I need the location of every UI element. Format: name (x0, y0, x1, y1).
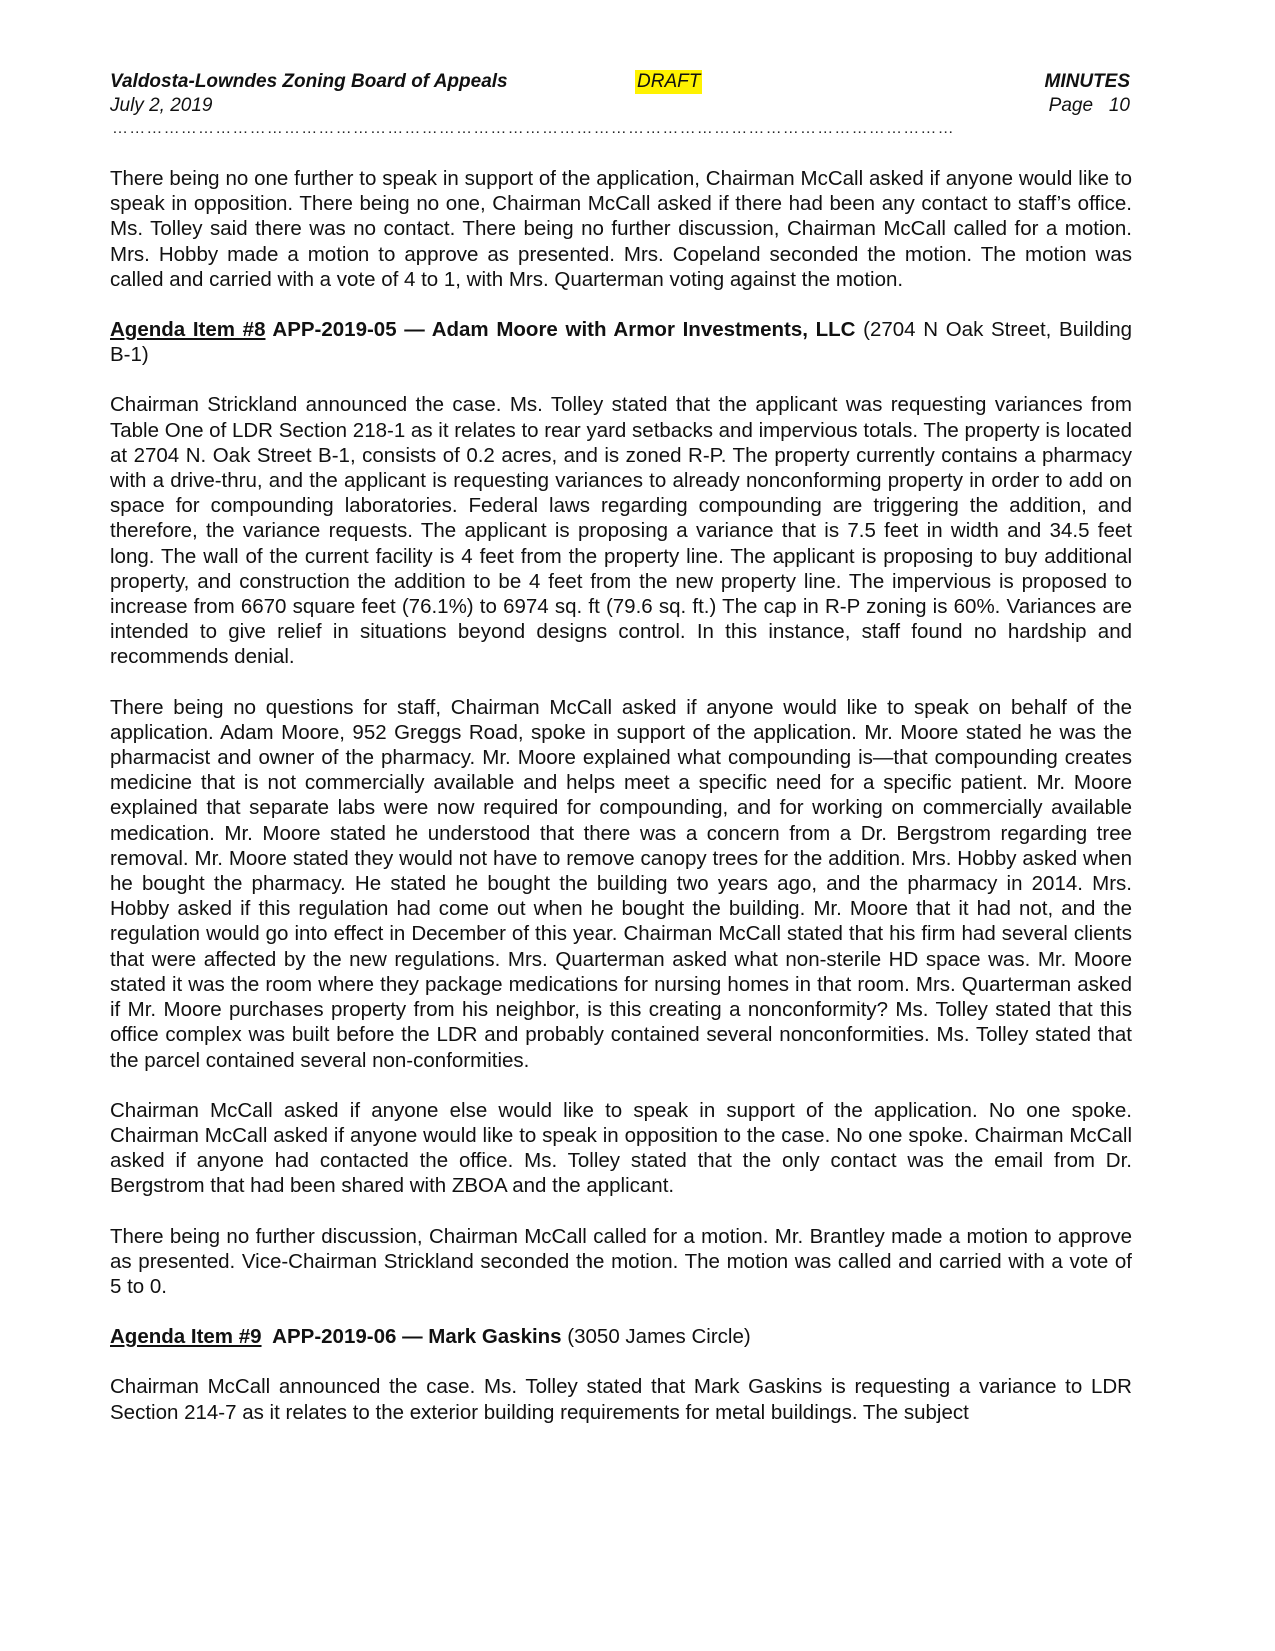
minutes-body: There being no one further to speak in s… (110, 166, 1132, 1450)
agenda-item-9-label: Agenda Item #9 (110, 1325, 262, 1348)
paragraph-applicant-testimony: There being no questions for staff, Chai… (110, 695, 1132, 1073)
agenda-item-9-title: APP-2019-06 — Mark Gaskins (262, 1325, 562, 1348)
page-header: Valdosta-Lowndes Zoning Board of Appeals… (110, 70, 1130, 118)
paragraph-public-comment: Chairman McCall asked if anyone else wou… (110, 1098, 1132, 1199)
header-row-top: Valdosta-Lowndes Zoning Board of Appeals… (110, 70, 1130, 94)
header-separator: …………………………………………………………………………………………………………… (112, 120, 1112, 140)
paragraph-motion-vote: There being no further discussion, Chair… (110, 1224, 1132, 1300)
meeting-date: July 2, 2019 (110, 94, 212, 118)
agenda-item-8-label: Agenda Item #8 (110, 318, 265, 341)
agenda-item-8-title: APP-2019-05 — Adam Moore with Armor Inve… (265, 318, 855, 341)
document-page: Valdosta-Lowndes Zoning Board of Appeals… (0, 0, 1275, 1651)
paragraph-previous-item-motion: There being no one further to speak in s… (110, 166, 1132, 292)
document-type: MINUTES (1045, 70, 1131, 94)
agenda-item-8-heading: Agenda Item #8 APP-2019-05 — Adam Moore … (110, 317, 1132, 367)
header-row-bottom: July 2, 2019 Page 10 (110, 94, 1130, 118)
organization-name: Valdosta-Lowndes Zoning Board of Appeals (110, 70, 508, 94)
paragraph-staff-report: Chairman Strickland announced the case. … (110, 392, 1132, 669)
page-number: Page 10 (1049, 94, 1130, 118)
draft-badge: DRAFT (635, 70, 702, 94)
paragraph-item-9-staff-report: Chairman McCall announced the case. Ms. … (110, 1374, 1132, 1424)
agenda-item-9-heading: Agenda Item #9 APP-2019-06 — Mark Gaskin… (110, 1324, 1132, 1349)
agenda-item-9-address: (3050 James Circle) (562, 1325, 751, 1348)
